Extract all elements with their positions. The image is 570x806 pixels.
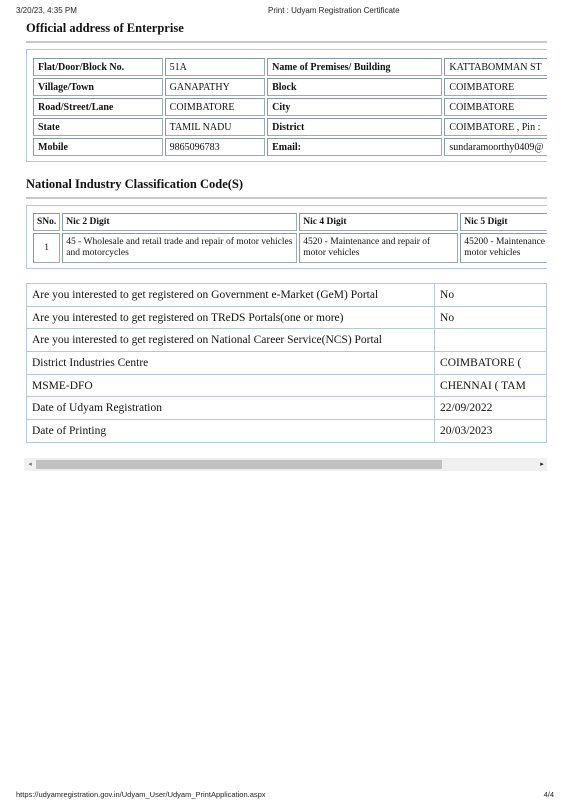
print-footer: https://udyamregistration.gov.in/Udyam_U… (16, 790, 554, 802)
table-row: Are you interested to get registered on … (27, 329, 547, 352)
address-label: Road/Street/Lane (33, 98, 163, 116)
divider (26, 41, 547, 43)
address-section-title: Official address of Enterprise (26, 21, 184, 36)
page-number: 4/4 (544, 790, 554, 799)
table-row: Are you interested to get registered on … (27, 306, 547, 329)
page-content: Official address of Enterprise Flat/Door… (0, 0, 547, 480)
address-value: COIMBATORE , Pin : (444, 118, 547, 136)
nic-table: SNo. Nic 2 Digit Nic 4 Digit Nic 5 Digit… (31, 211, 547, 265)
info-table: Are you interested to get registered on … (26, 283, 547, 443)
info-answer (435, 329, 547, 352)
info-answer: No (435, 284, 547, 307)
nic2-value: 45 - Wholesale and retail trade and repa… (62, 233, 297, 263)
table-row: Date of Udyam Registration22/09/2022 (27, 397, 547, 420)
scrollbar-thumb[interactable] (36, 460, 442, 469)
nic-header-row: SNo. Nic 2 Digit Nic 4 Digit Nic 5 Digit (33, 213, 547, 231)
address-value: KATTABOMMAN ST (444, 58, 547, 76)
address-value: sundaramoorthy0409@ (444, 138, 547, 156)
address-label: Name of Premises/ Building (267, 58, 442, 76)
table-row: Road/Street/LaneCOIMBATORECityCOIMBATORE (33, 98, 547, 116)
info-question: Date of Udyam Registration (27, 397, 435, 420)
header-nic5: Nic 5 Digit (460, 213, 547, 231)
table-row: MSME-DFOCHENNAI ( TAM (27, 374, 547, 397)
table-row: 1 45 - Wholesale and retail trade and re… (33, 233, 547, 263)
divider (26, 197, 547, 199)
info-answer: COIMBATORE ( (435, 352, 547, 375)
address-label: State (33, 118, 163, 136)
header-nic4: Nic 4 Digit (299, 213, 458, 231)
header-sno: SNo. (33, 213, 60, 231)
address-label: Mobile (33, 138, 163, 156)
table-row: Date of Printing20/03/2023 (27, 420, 547, 443)
nic-sno: 1 (33, 233, 60, 263)
table-row: Are you interested to get registered on … (27, 284, 547, 307)
info-question: Date of Printing (27, 420, 435, 443)
address-label: Flat/Door/Block No. (33, 58, 163, 76)
info-answer: No (435, 306, 547, 329)
info-answer: 20/03/2023 (435, 420, 547, 443)
scroll-right-icon[interactable]: ▸ (536, 458, 547, 471)
address-label: City (267, 98, 442, 116)
address-value: COIMBATORE (444, 78, 547, 96)
info-question: District Industries Centre (27, 352, 435, 375)
address-value: COIMBATORE (165, 98, 265, 116)
address-label: Block (267, 78, 442, 96)
nic-section-title: National Industry Classification Code(S) (26, 177, 243, 192)
address-value: TAMIL NADU (165, 118, 265, 136)
address-label: District (267, 118, 442, 136)
horizontal-scrollbar[interactable]: ◂ ▸ (24, 458, 547, 471)
print-url: https://udyamregistration.gov.in/Udyam_U… (16, 790, 266, 799)
info-answer: CHENNAI ( TAM (435, 374, 547, 397)
address-label: Village/Town (33, 78, 163, 96)
address-label: Email: (267, 138, 442, 156)
address-value: 9865096783 (165, 138, 265, 156)
table-row: District Industries CentreCOIMBATORE ( (27, 352, 547, 375)
address-table: Flat/Door/Block No.51AName of Premises/ … (31, 56, 547, 158)
nic4-value: 4520 - Maintenance and repair of motor v… (299, 233, 458, 263)
info-question: Are you interested to get registered on … (27, 284, 435, 307)
table-row: Mobile9865096783Email:sundaramoorthy0409… (33, 138, 547, 156)
table-row: Flat/Door/Block No.51AName of Premises/ … (33, 58, 547, 76)
header-nic2: Nic 2 Digit (62, 213, 297, 231)
table-row: Village/TownGANAPATHYBlockCOIMBATORE (33, 78, 547, 96)
scroll-left-icon[interactable]: ◂ (24, 458, 36, 471)
info-question: Are you interested to get registered on … (27, 329, 435, 352)
address-value: COIMBATORE (444, 98, 547, 116)
info-question: MSME-DFO (27, 374, 435, 397)
table-row: StateTAMIL NADUDistrictCOIMBATORE , Pin … (33, 118, 547, 136)
info-answer: 22/09/2022 (435, 397, 547, 420)
address-panel: Flat/Door/Block No.51AName of Premises/ … (26, 49, 547, 162)
info-question: Are you interested to get registered on … (27, 306, 435, 329)
address-value: 51A (165, 58, 265, 76)
nic5-value: 45200 - Maintenance motor vehicles (460, 233, 547, 263)
nic-panel: SNo. Nic 2 Digit Nic 4 Digit Nic 5 Digit… (26, 205, 547, 269)
address-value: GANAPATHY (165, 78, 265, 96)
